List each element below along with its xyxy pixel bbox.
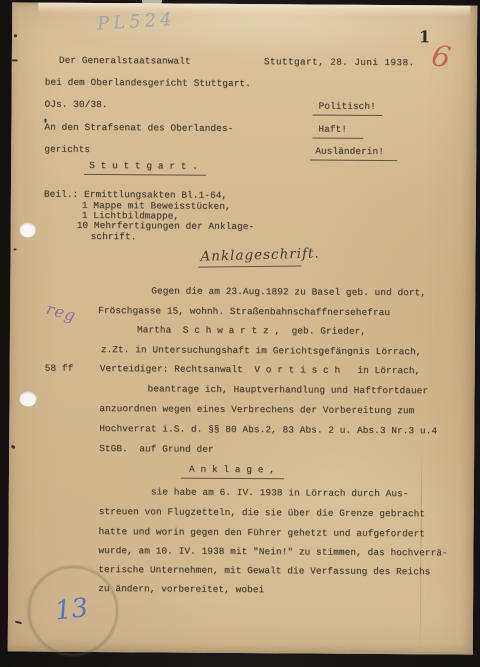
label-auslaenderin: Ausländerin! xyxy=(310,145,397,160)
enclosure-line: schrift. xyxy=(91,232,137,243)
recipient-line-2: gerichts xyxy=(44,144,90,156)
ink-speck xyxy=(15,621,22,625)
ink-speck xyxy=(14,248,17,250)
handwritten-title: Anklageschrift. xyxy=(200,245,320,264)
label-politisch: Politisch! xyxy=(312,100,382,115)
red-number-annotation: 6 xyxy=(429,38,453,75)
charge-line: hatte und worin gegen den Führer gehetzt… xyxy=(99,526,425,540)
registry-mark: reg xyxy=(44,299,78,325)
punch-hole-top xyxy=(20,222,36,237)
sender-line-1: Der Generalstaatsanwalt xyxy=(59,55,191,68)
place-date-line: Stuttgart, 28. Juni 1938. xyxy=(264,56,415,69)
charge-line: wurde, am 10. IV. 1938 mit "Nein!" zu st… xyxy=(98,545,447,559)
charge-line: streuen von Flugzetteln, die sie über di… xyxy=(99,506,425,520)
charge-line: sie habe am 6. IV. 1938 in Lörrach durch… xyxy=(151,486,409,500)
charge-line: terische Unternehmen, mit Gewalt die Ver… xyxy=(98,564,430,578)
body-line: StGB. auf Grund der xyxy=(99,443,214,456)
body-line: Gegen die am 23.Aug.1892 zu Basel geb. u… xyxy=(151,285,426,299)
body-line: Verteidiger: Rechtsanwalt V o r t i s c … xyxy=(100,363,421,377)
body-line: Hochverrat i.S. d. §§ 80 Abs.2, 83 Abs. … xyxy=(99,423,437,437)
recipient-city: S t u t t g a r t . xyxy=(84,160,206,176)
body-line: z.Zt. in Untersuchungshaft im Gerichtsge… xyxy=(101,344,422,358)
ink-speck xyxy=(11,444,16,449)
file-number: OJs. 30/38. xyxy=(45,99,108,111)
scanned-document-photo: PL524 1 6 Der Generalstaatsanwalt Stuttg… xyxy=(0,0,480,667)
punch-hole-bottom xyxy=(19,391,36,406)
body-line: anzuordnen wegen eines Verbrechens der V… xyxy=(99,403,414,417)
charge-line: zu ändern, vorbereitet, wobei xyxy=(98,583,264,596)
blue-circle-number: 13 xyxy=(53,593,89,627)
body-line: Martha S c h w a r t z , geb. Grieder, xyxy=(137,324,366,338)
pencil-annotation: PL524 xyxy=(97,9,177,35)
charge-heading: A n k l a g e , xyxy=(181,464,284,480)
label-haft: Haft! xyxy=(312,123,363,138)
sender-line-2: bei dem Oberlandesgericht Stuttgart. xyxy=(45,77,251,90)
body-line: Fröschgasse 15, wohnh. Straßenbahnschaff… xyxy=(98,305,390,319)
body-line: beantrage ich, Hauptverhandlung und Haft… xyxy=(148,383,429,397)
ink-speck xyxy=(12,59,18,61)
margin-note: 58 ff xyxy=(45,363,74,375)
page-number-stamp: 1 xyxy=(419,27,430,46)
recipient-line-1: An den Strafsenat des Oberlandes- xyxy=(44,122,233,135)
handwritten-title-underline xyxy=(198,266,301,268)
ink-speck xyxy=(14,34,17,37)
document-page: PL524 1 6 Der Generalstaatsanwalt Stuttg… xyxy=(8,2,478,654)
